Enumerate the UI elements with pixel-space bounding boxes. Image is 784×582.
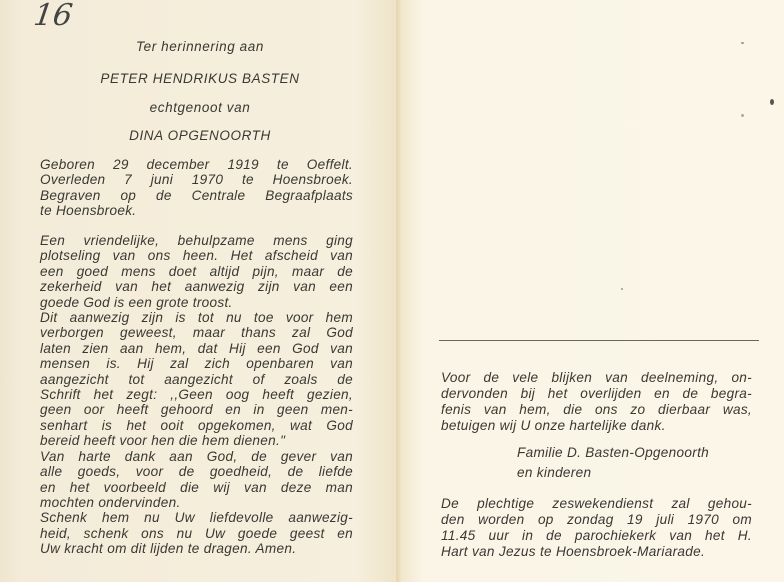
text-line: en het voorbeeld die wij van deze man	[40, 480, 353, 495]
card-fold	[396, 0, 401, 582]
thanks-block: Voor de vele blijken van deelneming, on-…	[441, 370, 752, 434]
text-line: zekerheid van het aanwezig zijn van een	[40, 279, 353, 294]
family-signature-children: en kinderen	[517, 465, 591, 480]
service-line: den worden op zondag 19 juli 1970 om	[441, 512, 752, 528]
text-line: goede God is een grote troost.	[40, 295, 353, 310]
handwritten-number: 16	[32, 0, 75, 33]
ink-speck	[741, 42, 744, 44]
text-line: Dit aanwezig zijn is tot nu toe voor hem	[40, 310, 353, 325]
relation-text: echtgenoot van	[40, 100, 360, 115]
text-line: Van harte dank aan God, de gever van	[40, 449, 353, 464]
text-line: alle goeds, voor de goedheid, de liefde	[40, 464, 353, 479]
text-line: een goed mens doet altijd pijn, maar de	[40, 264, 353, 279]
text-line: verborgen geweest, maar thans zal God	[40, 325, 353, 340]
bio-line: te Hoensbroek.	[40, 203, 353, 218]
family-signature: Familie D. Basten-Opgenoorth	[517, 445, 709, 460]
biography-block: Geboren 29 december 1919 te Oeffelt. Ove…	[40, 157, 353, 219]
memorial-text-block: Een vriendelijke, behulpzame mens ging p…	[40, 233, 353, 557]
thanks-line: betuigen wij U onze hartelijke dank.	[441, 418, 752, 434]
bio-line: Geboren 29 december 1919 te Oeffelt.	[40, 157, 353, 172]
thanks-line: dervonden bij het overlijden en de begra…	[441, 386, 752, 402]
ink-speck	[770, 99, 774, 105]
deceased-name: PETER HENDRIKUS BASTEN	[40, 71, 360, 86]
text-line: senhart is het ooit opgekomen, wat God	[40, 418, 353, 433]
text-line: plotseling van ons heen. Het afscheid va…	[40, 248, 353, 263]
service-block: De plechtige zeswekendienst zal gehou- d…	[441, 496, 752, 560]
text-line: laten zien aan hem, dat Hij een God van	[40, 341, 353, 356]
service-line: 11.45 uur in de parochiekerk van het H.	[441, 528, 752, 544]
service-line: De plechtige zeswekendienst zal gehou-	[441, 496, 752, 512]
bio-line: Begraven op de Centrale Begraafplaats	[40, 188, 353, 203]
thanks-line: fenis van hem, die ons zo dierbaar was,	[441, 402, 752, 418]
text-line: bereid heeft voor hen die hem dienen."	[40, 433, 353, 448]
bio-line: Overleden 7 juni 1970 te Hoensbroek.	[40, 172, 353, 187]
right-page	[400, 0, 784, 582]
text-line: aangezicht tot aangezicht of zoals de	[40, 372, 353, 387]
text-line: mochten ondervinden.	[40, 495, 353, 510]
text-line: Een vriendelijke, behulpzame mens ging	[40, 233, 353, 248]
text-line: Schenk hem nu Uw liefdevolle aanwezig-	[40, 510, 353, 525]
text-line: heid, schenk ons nu Uw goede geest en	[40, 526, 353, 541]
memorial-heading: Ter herinnering aan	[40, 39, 360, 54]
ink-speck	[741, 114, 744, 117]
text-line: Uw kracht om dit lijden te dragen. Amen.	[40, 541, 353, 556]
ink-speck	[621, 288, 623, 290]
text-line: Schrift het zegt: ,,Geen oog heeft gezie…	[40, 387, 353, 402]
text-line: mensen is. Hij zal zich openbaren van	[40, 356, 353, 371]
thanks-line: Voor de vele blijken van deelneming, on-	[441, 370, 752, 386]
divider-line	[439, 340, 759, 341]
text-line: geen oor heeft gehoord en in geen men-	[40, 402, 353, 417]
spouse-name: DINA OPGENOORTH	[40, 128, 360, 143]
service-line: Hart van Jezus te Hoensbroek-Mariarade.	[441, 544, 752, 560]
